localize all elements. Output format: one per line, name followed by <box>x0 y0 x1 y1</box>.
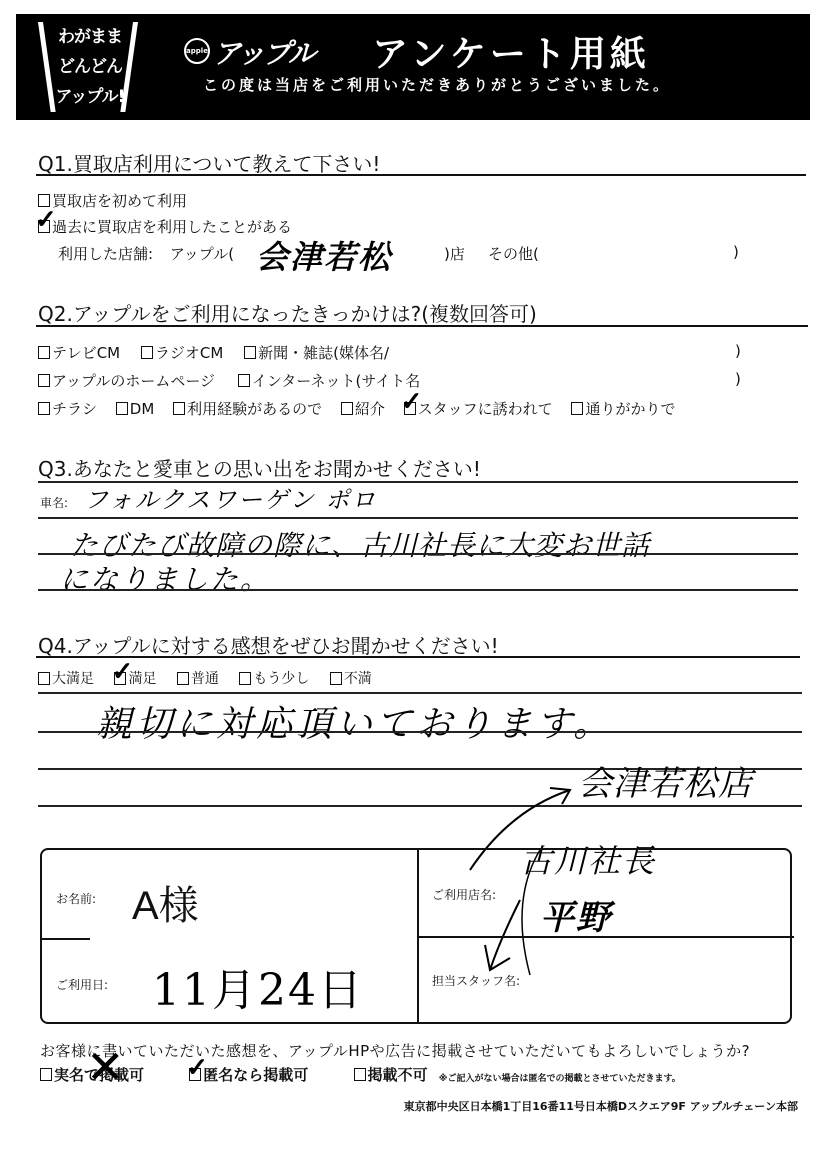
checkbox[interactable] <box>330 672 342 685</box>
q3-answer-line-3[interactable]: になりました。 <box>60 558 270 598</box>
q4-options: 大満足 ✓満足 普通 もう少し 不満 <box>38 668 386 689</box>
other-close-paren: ) <box>733 243 739 261</box>
store-handwritten[interactable]: 会津若松 <box>256 232 392 278</box>
q1-option-first-time[interactable]: 買取店を初めて利用 <box>38 190 201 211</box>
q4-option-could-be-better[interactable]: もう少し <box>239 668 309 688</box>
q2-row-1: テレビCM ラジオCM 新聞・雑誌(媒体名/ <box>38 342 403 363</box>
checkmark-icon: ✓ <box>35 207 57 233</box>
q4-option-normal[interactable]: 普通 <box>177 668 219 688</box>
q4-heading: Q4.アップルに対する感想をぜひお聞かせください! <box>38 630 499 659</box>
q4-rule <box>36 656 800 658</box>
publication-consent-question: お客様に書いていただいた感想を、アップルHPや広告に掲載させていただいてもよろし… <box>40 1040 750 1061</box>
q2-option-experience[interactable]: 利用経験があるので <box>173 398 322 419</box>
name-label: お名前: <box>56 890 96 907</box>
consent-anonymous[interactable]: ✓匿名なら掲載可 <box>189 1064 308 1085</box>
checkbox[interactable] <box>38 672 50 685</box>
q1-rule <box>36 174 806 176</box>
staff-name-label: 担当スタッフ名: <box>432 972 520 989</box>
checkbox[interactable] <box>239 672 251 685</box>
annotation-store: 会津若松店 <box>578 756 753 805</box>
car-label: 車名: <box>40 494 68 511</box>
checkbox[interactable] <box>40 1068 52 1081</box>
checkmark-icon: ✓ <box>186 1055 208 1081</box>
header-banner: わがまま どんどん アップル! apple アップル アンケート用紙 この度は当… <box>16 14 810 120</box>
checkbox[interactable] <box>177 672 189 685</box>
q4-option-very-satisfied[interactable]: 大満足 <box>38 668 94 688</box>
store-label: 利用した店舗: <box>58 245 153 263</box>
q2-option-referral[interactable]: 紹介 <box>341 398 385 419</box>
hq-address: 東京都中央区日本橋1丁目16番11号日本橋Dスクエア9F アップルチェーン本部 <box>404 1098 798 1114</box>
info-divider-left <box>42 938 90 940</box>
q2-option-flyer[interactable]: チラシ <box>38 398 97 419</box>
checkbox[interactable] <box>173 402 185 415</box>
date-value[interactable]: 11月24日 <box>152 954 364 1018</box>
slogan-line: アップル! <box>50 82 130 112</box>
checkmark-icon: ✓ <box>401 389 423 415</box>
name-value[interactable]: A様 <box>132 874 199 931</box>
checkbox[interactable] <box>141 346 153 359</box>
q2-option-homepage[interactable]: アップルのホームページ <box>38 370 215 391</box>
store-prefix: アップル( <box>170 245 234 263</box>
info-divider-right <box>417 936 794 938</box>
checkbox[interactable] <box>38 374 50 387</box>
publication-consent-options: 実名で掲載可 ✓匿名なら掲載可 掲載不可 ※ご記入がない場合は匿名での掲載とさせ… <box>40 1064 681 1085</box>
checkbox[interactable] <box>244 346 256 359</box>
consent-not-allowed[interactable]: 掲載不可 <box>354 1064 428 1085</box>
checkbox[interactable] <box>38 402 50 415</box>
q4-option-dissatisfied[interactable]: 不満 <box>330 668 372 688</box>
consent-note: ※ご記入がない場合は匿名での掲載とさせていただきます。 <box>439 1074 681 1084</box>
q2-option-staff-invite[interactable]: ✓スタッフに誘われて <box>404 398 553 419</box>
close-paren: ) <box>735 370 741 388</box>
cross-out-x-icon: ✕ <box>86 1044 125 1090</box>
slogan: わがまま どんどん アップル! <box>38 18 138 116</box>
other-label: その他( <box>488 243 539 264</box>
q2-row-3: チラシ DM 利用経験があるので 紹介 ✓スタッフに誘われて 通りがかりで <box>38 398 689 419</box>
store-suffix: )店 <box>444 243 465 264</box>
q4-rule-2 <box>38 731 802 733</box>
checkbox[interactable] <box>38 346 50 359</box>
q4-option-satisfied[interactable]: ✓満足 <box>114 668 156 688</box>
q2-row-2: アップルのホームページ インターネット(サイト名 <box>38 370 434 391</box>
q2-option-dm[interactable]: DM <box>116 400 155 418</box>
q3-answer-line-1[interactable]: フォルクスワーゲン ポロ <box>84 480 377 515</box>
q2-rule <box>36 325 808 327</box>
checkbox[interactable] <box>571 402 583 415</box>
form-title: アンケート用紙 <box>372 26 650 77</box>
checkbox-checked[interactable]: ✓ <box>404 402 416 415</box>
checkbox[interactable] <box>341 402 353 415</box>
q1-store-row: 利用した店舗: アップル( <box>58 243 234 264</box>
date-label: ご利用日: <box>56 976 108 993</box>
checkbox[interactable] <box>238 374 250 387</box>
q2-option-passing-by[interactable]: 通りがかりで <box>571 398 675 419</box>
q2-heading: Q2.アップルをご利用になったきっかけは?(複数回答可) <box>38 298 537 327</box>
checkbox[interactable] <box>116 402 128 415</box>
q4-answer-line-1[interactable]: 親切に対応頂いております。 <box>96 696 613 747</box>
slogan-line: わがまま <box>50 22 130 52</box>
q3-rule-2 <box>38 517 798 519</box>
store-name-label: ご利用店名: <box>432 886 496 903</box>
checkbox-checked[interactable]: ✓ <box>38 220 50 233</box>
q2-option-newspaper[interactable]: 新聞・雑誌(媒体名/ <box>244 342 389 363</box>
apple-logo-icon: apple <box>184 38 210 64</box>
brand-logo-text: アップル <box>213 32 314 72</box>
q1-heading: Q1.買取店利用について教えて下さい! <box>38 148 380 177</box>
q3-rule-3 <box>38 553 798 555</box>
customer-info-box: お名前: A様 ご利用日: 11月24日 ご利用店名: 担当スタッフ名: <box>40 848 792 1024</box>
q3-heading: Q3.あなたと愛車との思い出をお聞かせください! <box>38 453 481 482</box>
close-paren: ) <box>735 342 741 360</box>
q3-rule-4 <box>38 589 798 591</box>
checkbox[interactable] <box>354 1068 366 1081</box>
slogan-line: どんどん <box>50 52 130 82</box>
q4-rule-1 <box>38 692 802 694</box>
q2-option-internet[interactable]: インターネット(サイト名 <box>238 370 420 391</box>
q2-option-radio[interactable]: ラジオCM <box>141 342 223 363</box>
checkbox-checked[interactable]: ✓ <box>189 1068 201 1081</box>
thanks-message: この度は当店をご利用いただきありがとうございました。 <box>203 74 671 95</box>
checkmark-icon: ✓ <box>111 659 133 685</box>
q2-option-tv[interactable]: テレビCM <box>38 342 120 363</box>
q4-rule-4 <box>38 805 802 807</box>
checkbox-checked[interactable]: ✓ <box>114 672 126 685</box>
